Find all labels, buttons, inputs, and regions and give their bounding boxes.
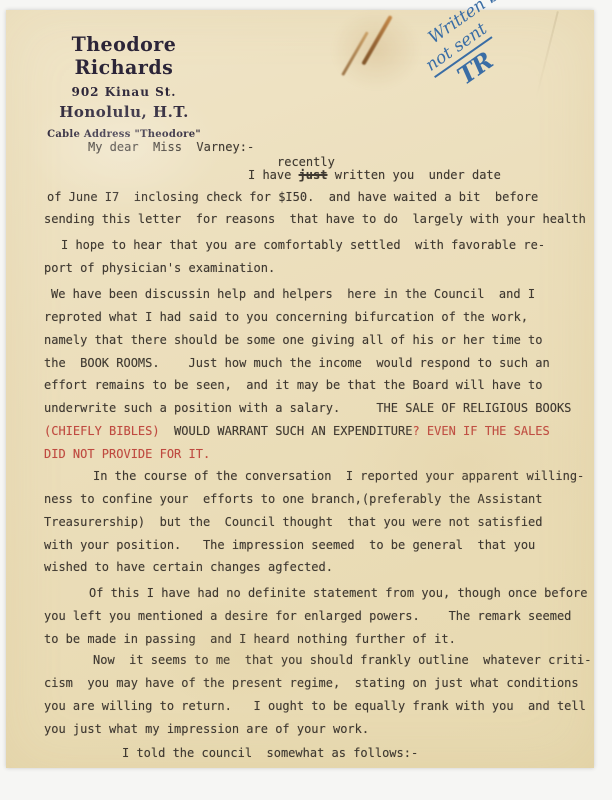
letter-line: recently — [277, 155, 335, 169]
letter-line: I hope to hear that you are comfortably … — [61, 238, 545, 252]
letter-line: In the course of the conversation I repo… — [93, 469, 584, 483]
letter-line: ness to confine your efforts to one bran… — [44, 492, 543, 506]
letter-line: you are willing to return. I ought to be… — [44, 699, 586, 713]
scanned-letter-page: { "colors": { "typewriter_ink": "#3f3931… — [0, 0, 612, 800]
letter-line: Now it seems to me that you should frank… — [93, 653, 592, 667]
letter-line: underwrite such a position with a salary… — [44, 401, 571, 415]
letter-line: of June I7 inclosing check for $I50. and… — [47, 190, 538, 204]
letter-line: port of physician's examination. — [44, 261, 275, 275]
letter-line: sending this letter for reasons that hav… — [44, 212, 586, 226]
letter-line: to be made in passing and I heard nothin… — [44, 632, 456, 646]
letter-line: you left you mentioned a desire for enla… — [44, 609, 571, 623]
letter-line: DID NOT PROVIDE FOR IT. — [44, 447, 210, 461]
letter-line: I told the council somewhat as follows:- — [122, 746, 418, 760]
letter-line: namely that there should be some one giv… — [44, 333, 543, 347]
letter-line: cism you may have of the present regime,… — [44, 676, 579, 690]
letter-line: (CHIEFLY BIBLES) WOULD WARRANT SUCH AN E… — [44, 424, 550, 438]
letter-line: with your position. The impression seeme… — [44, 538, 535, 552]
letter-line: wished to have certain changes agfected. — [44, 560, 333, 574]
letter-line: effort remains to be seen, and it may be… — [44, 378, 543, 392]
letter-line: Of this I have had no definite statement… — [89, 586, 588, 600]
letter-line: My dear Miss Varney:- — [88, 140, 254, 154]
letter-body: My dear Miss Varney:-recentlyI have just… — [6, 10, 594, 768]
letter-line: I have just written you under date — [248, 168, 501, 182]
letter-paper: Theodore Richards 902 Kinau St. Honolulu… — [6, 10, 594, 768]
letter-line: you just what my impression are of your … — [44, 722, 369, 736]
letter-line: Treasurership) but the Council thought t… — [44, 515, 543, 529]
letter-line: We have been discussin help and helpers … — [51, 287, 535, 301]
letter-line: reproted what I had said to you concerni… — [44, 310, 528, 324]
letter-line: the BOOK ROOMS. Just how much the income… — [44, 356, 550, 370]
